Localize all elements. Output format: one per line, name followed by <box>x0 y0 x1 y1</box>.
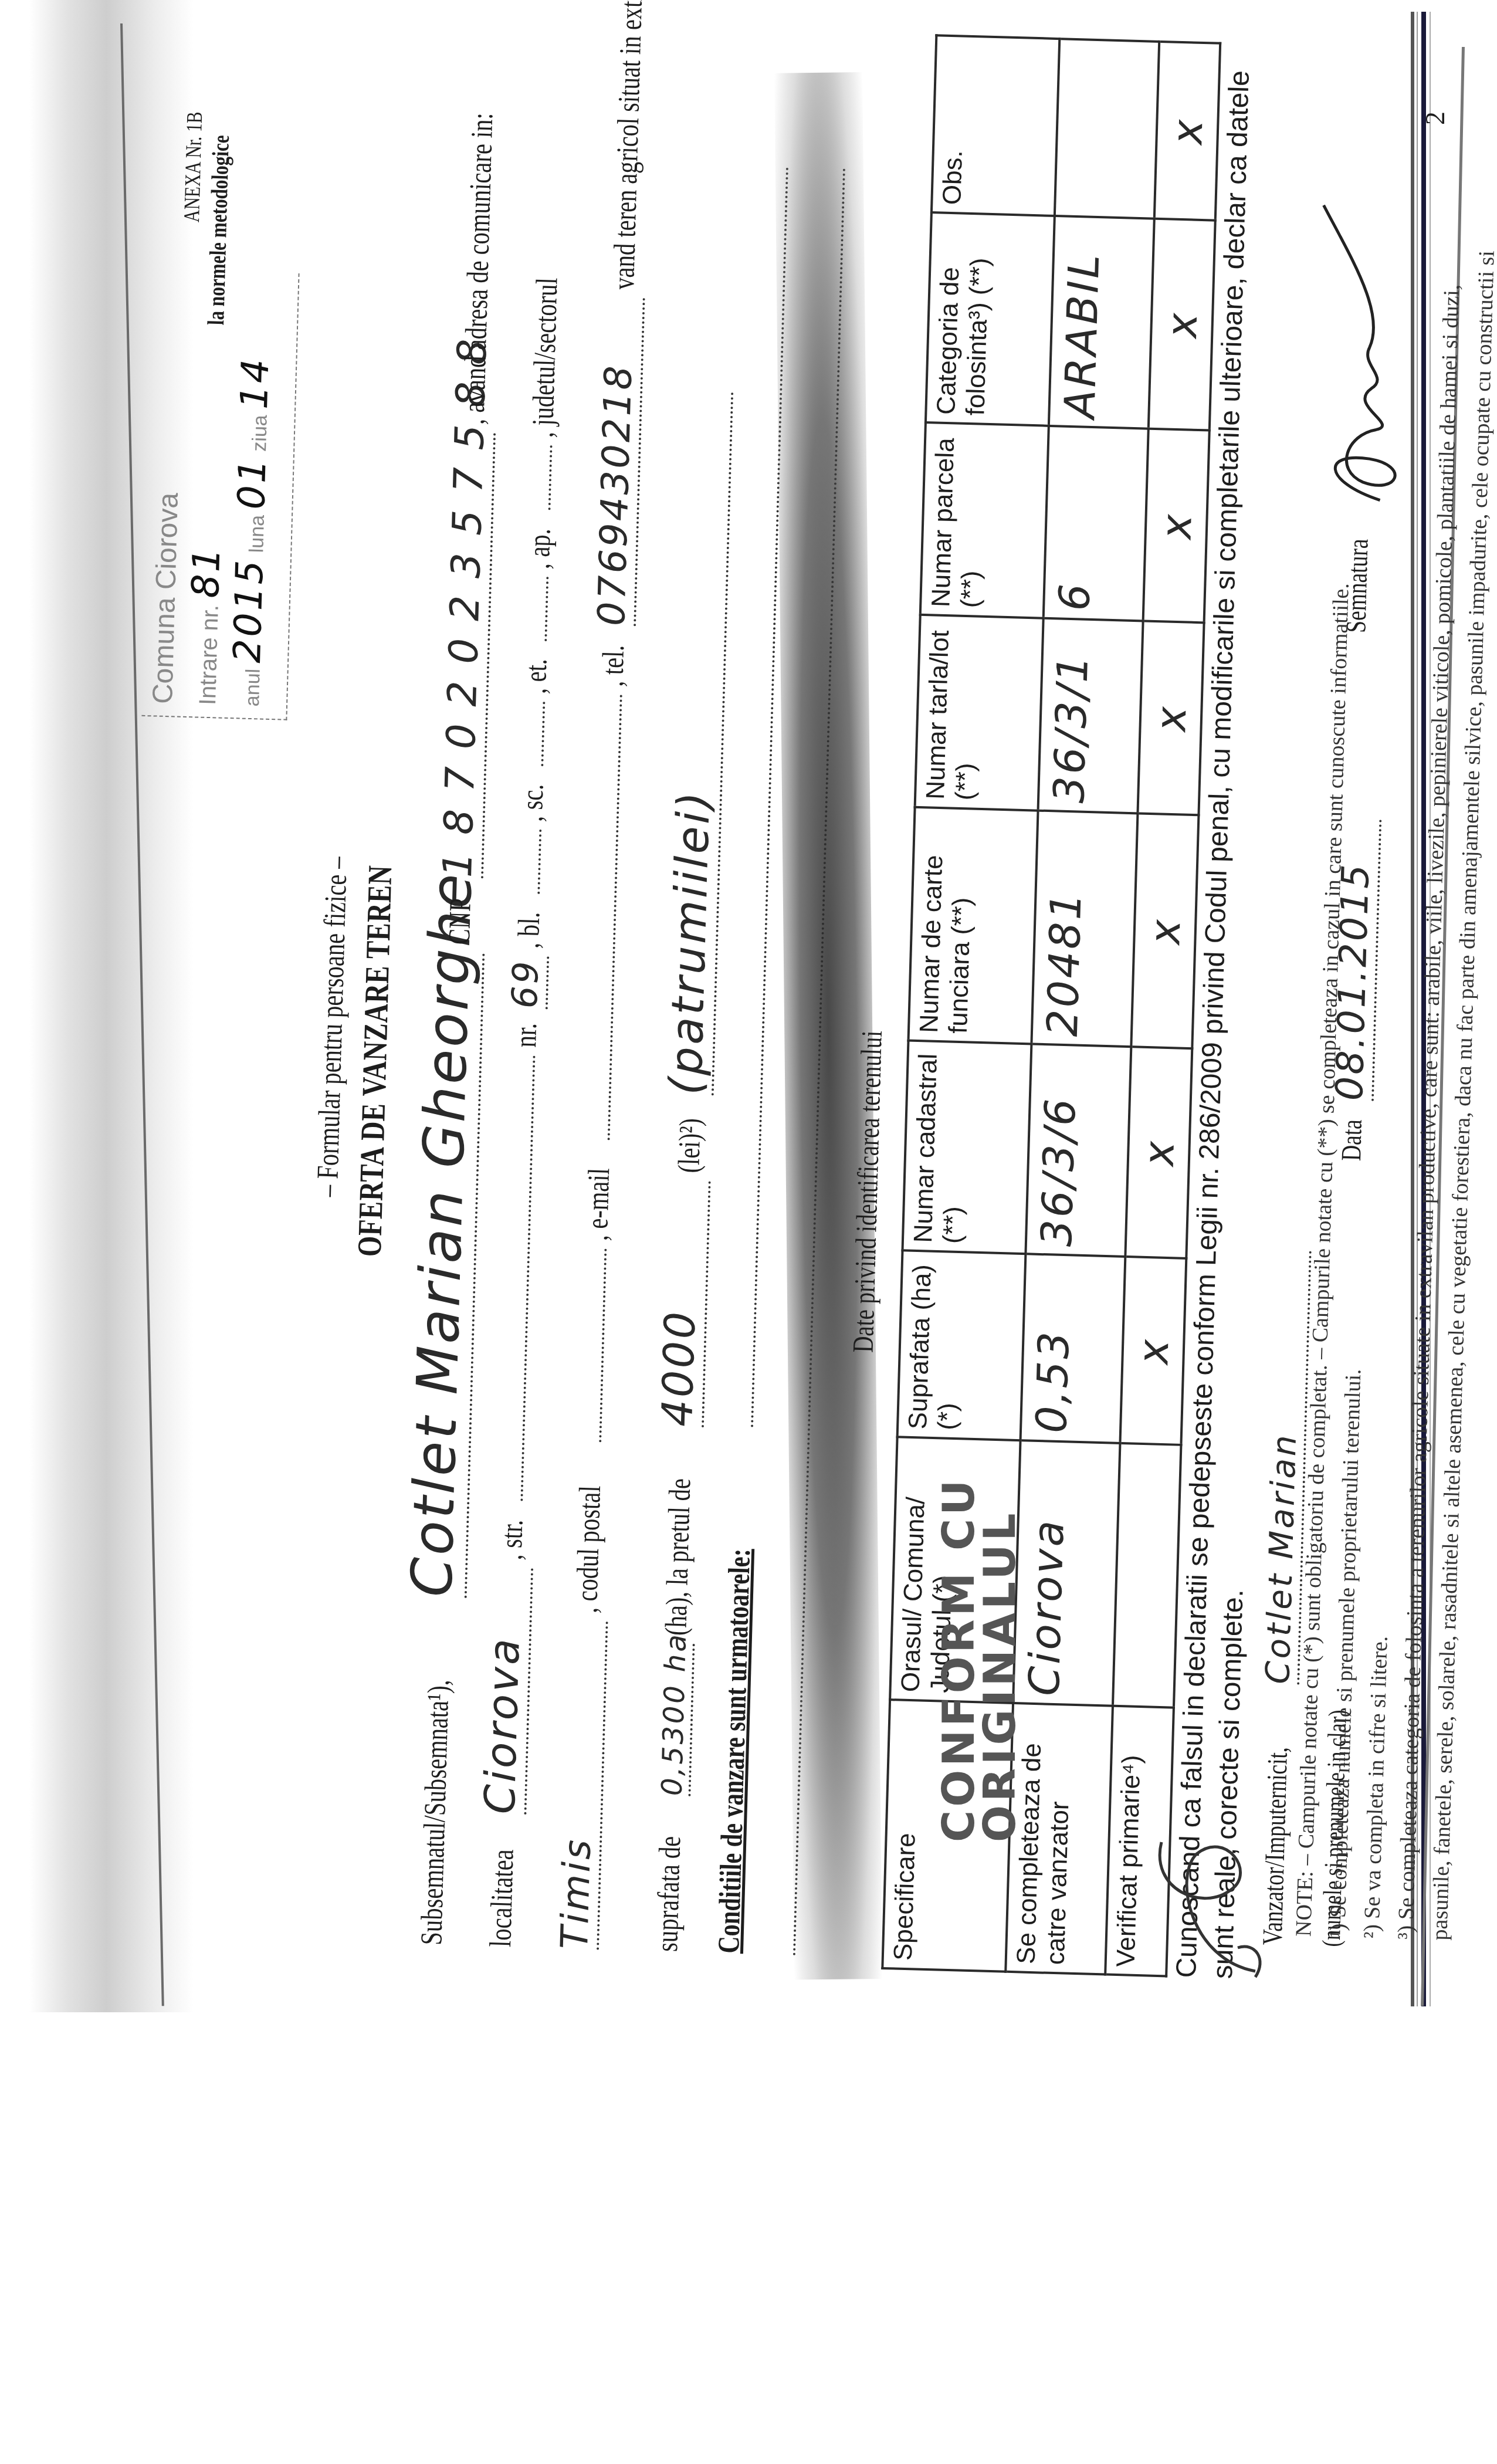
field-bl[interactable] <box>537 830 541 894</box>
registration-day-label: ziua <box>248 415 272 452</box>
land-table: Specificare Orasul/ Comuna/ Judetul (*) … <box>881 34 1221 1977</box>
header-suprafata: Suprafata (ha) (*) <box>897 1250 1026 1440</box>
cell-categorie[interactable]: ARABIL <box>1049 216 1154 429</box>
header-categorie: Categoria de folosinta³) (**) <box>926 212 1055 426</box>
label-str: , str. <box>495 1519 530 1561</box>
field-str[interactable] <box>520 1055 535 1501</box>
cell-obs[interactable] <box>1055 39 1159 219</box>
cell-primarie-suprafata[interactable]: x <box>1120 1257 1186 1445</box>
field-email[interactable] <box>608 695 622 1140</box>
cell-primarie-categorie[interactable]: x <box>1149 219 1215 431</box>
field-codul-postal[interactable] <box>599 1248 607 1442</box>
field-pret[interactable]: 4000 <box>652 1180 711 1427</box>
cell-localitate[interactable]: Ciorova <box>1013 1440 1120 1706</box>
field-localitatea[interactable]: Ciorova <box>475 1567 533 1815</box>
registration-stamp: Comuna Ciorova Intrare nr. 81 anul 2015 … <box>141 269 299 720</box>
field-name[interactable]: Cotlet Marian Gheorghe <box>399 951 485 1598</box>
stamp-initials-icon <box>1138 1819 1291 1995</box>
header-nr-cadastral: Numar cadastral (**) <box>903 1041 1032 1254</box>
cell-suprafata[interactable]: 0,53 <box>1021 1254 1126 1443</box>
field-ap[interactable] <box>548 445 553 510</box>
label-lei: (lei)²) <box>672 1118 708 1173</box>
registration-year-label: anul <box>241 668 265 706</box>
label-ha-pret: (ha), la pretul de <box>659 1478 697 1637</box>
field-judetul[interactable]: Timis <box>553 1620 608 1949</box>
label-email: , e-mail <box>580 1167 617 1241</box>
label-tel: , tel. <box>595 645 631 688</box>
header-obs: Obs. <box>932 35 1059 216</box>
cell-nr-cadastral[interactable]: 36/3/6 <box>1025 1044 1131 1257</box>
registration-entry-label: Intrare nr. <box>195 604 223 705</box>
notes-title: NOTE: <box>1291 1870 1318 1937</box>
label-et: , et. <box>519 658 554 694</box>
label-cnp: CNP <box>442 898 478 945</box>
cell-primarie-tarla[interactable]: x <box>1137 621 1204 815</box>
form-page: ANEXA Nr. 1B la normele metodologice Com… <box>106 12 1422 2042</box>
cell-primarie-carte-funciara[interactable]: x <box>1131 813 1198 1048</box>
label-suprafata: suprafata de <box>650 1836 687 1952</box>
cell-primarie-localitate[interactable] <box>1113 1443 1181 1708</box>
registration-day: 14 <box>233 356 277 409</box>
field-nr[interactable]: 69 <box>504 955 549 1009</box>
label-codul-postal: , codul postal <box>570 1485 608 1613</box>
label-localitatea: localitatea <box>483 1849 521 1947</box>
stamp-line-1: CONFORM CU <box>939 1477 980 1842</box>
registration-month-label: luna <box>245 515 269 553</box>
label-subsemnatul: Subsemnatul/Subsemnata¹), <box>414 1679 456 1945</box>
form-subtitle: – Formular pentru persoane fizice – <box>310 760 357 1197</box>
label-nr: nr. <box>509 1023 544 1048</box>
field-sc[interactable] <box>541 702 545 766</box>
blank-area <box>0 2012 1497 2464</box>
header-carte-funciara: Numar de carte funciara (**) <box>909 807 1038 1044</box>
field-et[interactable] <box>544 577 548 641</box>
form-title: OFERTA DE VANZARE TEREN <box>350 754 403 1257</box>
label-ap: , ap. <box>522 529 558 570</box>
field-suprafata[interactable]: 0,5300 ha <box>655 1643 695 1796</box>
registration-year: 2015 <box>226 557 272 664</box>
registration-institution: Comuna Ciorova <box>147 492 184 705</box>
field-tel[interactable]: 0769430218 <box>590 297 645 627</box>
header-parcela: Numar parcela (**) <box>920 422 1049 618</box>
field-pret-litere[interactable]: (patrumiilei) <box>659 390 733 1095</box>
registration-month: 01 <box>230 456 275 510</box>
label-conditii: Conditiile de vanzare sunt urmatoarele: <box>712 1548 757 1954</box>
cell-primarie-parcela[interactable]: x <box>1143 429 1210 623</box>
label-vand-teren: vand teren agricol situat in extravilan,… <box>607 0 652 290</box>
cell-parcela[interactable]: 6 <box>1044 426 1149 621</box>
cell-tarla-lot[interactable]: 36/3/1 <box>1038 618 1143 814</box>
registration-entry-number: 81 <box>184 545 229 598</box>
label-bl: , bl. <box>512 911 547 949</box>
field-cnp[interactable]: 1 8 7 0 2 0 2 3 5 7 5 8 8 <box>435 431 496 878</box>
header-tarla-lot: Numar tarla/lot (**) <box>915 615 1044 811</box>
annex-number: ANEXA Nr. 1B <box>179 111 208 223</box>
label-sc: , sc. <box>515 784 551 823</box>
cell-primarie-obs[interactable]: x <box>1154 42 1220 221</box>
cell-carte-funciara[interactable]: 20481 <box>1031 811 1137 1047</box>
conform-stamp: CONFORM CU ORIGINALUL <box>939 1477 1021 1842</box>
stamp-line-2: ORIGINALUL <box>980 1477 1021 1842</box>
cell-primarie-cadastral[interactable]: x <box>1125 1047 1192 1258</box>
label-judetul: , judetul/sectorul <box>526 277 565 438</box>
